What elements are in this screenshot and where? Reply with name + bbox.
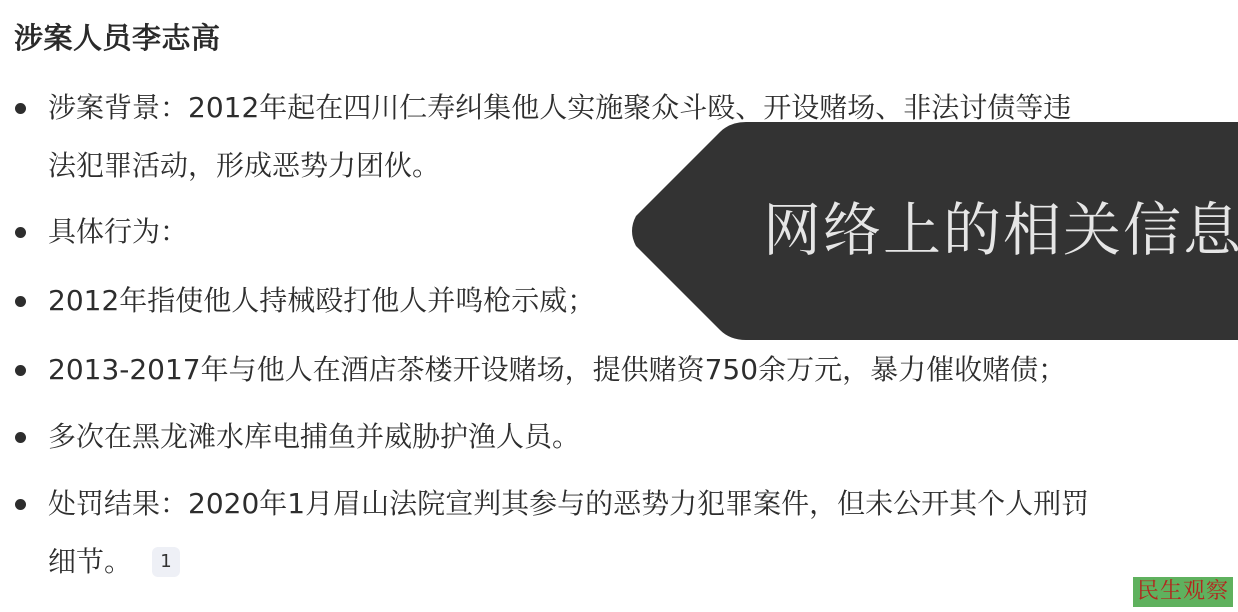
list-item-fishing: 多次在黑龙滩水库电捕鱼并威胁护渔人员。	[48, 408, 1228, 466]
list-item-text: 多次在黑龙滩水库电捕鱼并威胁护渔人员。	[48, 408, 1228, 466]
bullet-icon	[15, 227, 26, 238]
watermark-logo: 民生观察	[1133, 577, 1233, 607]
citation-badge[interactable]: 1	[152, 547, 180, 577]
page-title: 涉案人员李志高	[14, 18, 221, 58]
list-item-text-continued: 细节。1	[48, 533, 1228, 591]
bullet-icon	[15, 365, 26, 376]
list-item-text: 处罚结果：2020年1月眉山法院宣判其参与的恶势力犯罪案件，但未公开其个人刑罚	[48, 475, 1228, 533]
bullet-icon	[15, 296, 26, 307]
overlay-banner: 网络上的相关信息	[628, 122, 1238, 340]
banner-title: 网络上的相关信息	[763, 192, 1238, 268]
list-item-2013-2017: 2013-2017年与他人在酒店茶楼开设赌场，提供赌资750余万元，暴力催收赌债…	[48, 341, 1228, 399]
bullet-icon	[15, 432, 26, 443]
list-item-text-end: 细节。	[48, 545, 132, 578]
list-item-penalty: 处罚结果：2020年1月眉山法院宣判其参与的恶势力犯罪案件，但未公开其个人刑罚 …	[48, 475, 1228, 591]
bullet-icon	[15, 103, 26, 114]
list-item-text: 2013-2017年与他人在酒店茶楼开设赌场，提供赌资750余万元，暴力催收赌债…	[48, 341, 1228, 399]
bullet-icon	[15, 499, 26, 510]
